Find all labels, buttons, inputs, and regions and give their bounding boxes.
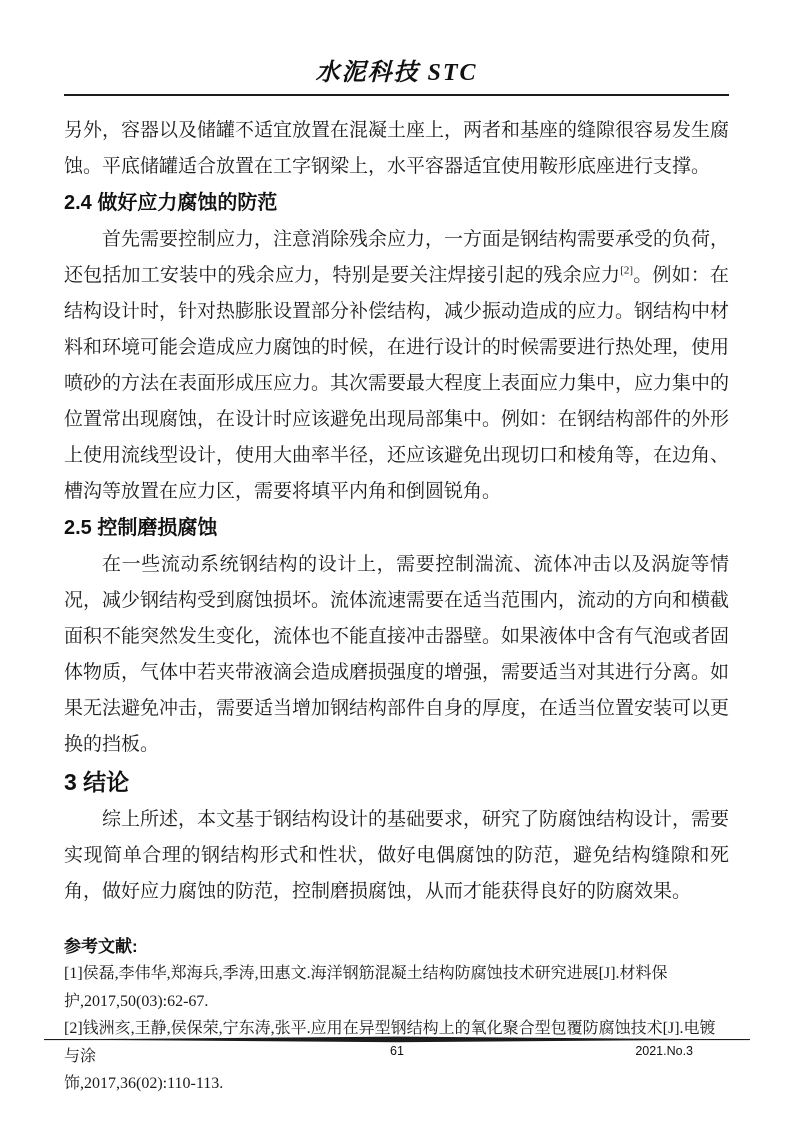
- reference-line: 饰,2017,36(02):110-113.: [64, 1070, 729, 1098]
- journal-header-title: 水泥科技 STC: [64, 52, 729, 87]
- section-heading-2-4: 2.4 做好应力腐蚀的防范: [64, 185, 729, 222]
- section-heading-3-conclusion: 3 结论: [64, 763, 729, 802]
- section-2-4-text-pre: 首先需要控制应力，注意消除残余应力，一方面是钢结构需要承受的负荷，还包括加工安装…: [64, 229, 729, 286]
- reference-line: 护,2017,50(03):62-67.: [64, 988, 729, 1016]
- section-heading-2-5: 2.5 控制磨损腐蚀: [64, 510, 729, 547]
- references-heading: 参考文献:: [64, 934, 729, 960]
- paragraph-continued: 另外，容器以及储罐不适宜放置在混凝土座上，两者和基座的缝隙很容易发生腐蚀。平底储…: [64, 113, 729, 185]
- reference-line: [1]侯磊,李伟华,郑海兵,季涛,田惠文.海洋钢筋混凝土结构防腐蚀技术研究进展[…: [64, 960, 729, 988]
- header-divider-line: [64, 94, 729, 96]
- references-block: 参考文献: [1]侯磊,李伟华,郑海兵,季涛,田惠文.海洋钢筋混凝土结构防腐蚀技…: [64, 934, 729, 1098]
- journal-page: 水泥科技 STC 另外，容器以及储罐不适宜放置在混凝土座上，两者和基座的缝隙很容…: [0, 0, 793, 1122]
- section-2-4-text-post: 。例如：在结构设计时，针对热膨胀设置部分补偿结构，减少振动造成的应力。钢结构中材…: [64, 265, 729, 502]
- conclusion-paragraph: 综上所述，本文基于钢结构设计的基础要求，研究了防腐蚀结构设计，需要实现简单合理的…: [64, 802, 729, 910]
- issue-label: 2021.No.3: [635, 1044, 693, 1058]
- page-footer: 61 2021.No.3: [44, 1036, 750, 1060]
- footer-text-row: 61 2021.No.3: [44, 1044, 750, 1060]
- page-content: 水泥科技 STC 另外，容器以及储罐不适宜放置在混凝土座上，两者和基座的缝隙很容…: [64, 0, 729, 1098]
- section-2-4-paragraph: 首先需要控制应力，注意消除残余应力，一方面是钢结构需要承受的负荷，还包括加工安装…: [64, 222, 729, 510]
- footer-tapered-divider-line: [44, 1036, 750, 1043]
- page-number: 61: [390, 1044, 404, 1058]
- section-2-5-paragraph: 在一些流动系统钢结构的设计上，需要控制湍流、流体冲击以及涡旋等情况，减少钢结构受…: [64, 547, 729, 763]
- citation-superscript: [2]: [620, 265, 633, 277]
- article-body: 另外，容器以及储罐不适宜放置在混凝土座上，两者和基座的缝隙很容易发生腐蚀。平底储…: [64, 104, 729, 910]
